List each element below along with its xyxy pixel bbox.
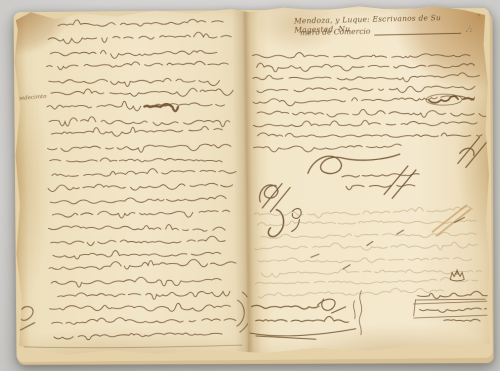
gutter-brace xyxy=(236,292,248,332)
bottom-sheet-edge-line xyxy=(24,344,242,349)
handwriting-left xyxy=(12,6,248,359)
manuscript-spread: Mendoza, y Luque: Escrivanos de Su Mages… xyxy=(12,3,492,359)
handwriting-right xyxy=(244,3,492,356)
center-paraph xyxy=(353,291,362,335)
right-page: Mendoza, y Luque: Escrivanos de Su Mages… xyxy=(244,3,492,356)
body-text-lines xyxy=(46,18,238,340)
signature-bottom-right xyxy=(413,269,492,322)
notary-header-line2-text: mero de Comercio xyxy=(300,27,370,37)
photo-backdrop: Mendoza, y Luque: Escrivanos de Su Mages… xyxy=(0,0,500,371)
body-text-lines xyxy=(252,50,489,152)
signature-bottom-left xyxy=(249,299,355,340)
manuscript-paper: Mendoza, y Luque: Escrivanos de Su Mages… xyxy=(12,3,492,359)
left-page xyxy=(12,6,248,359)
